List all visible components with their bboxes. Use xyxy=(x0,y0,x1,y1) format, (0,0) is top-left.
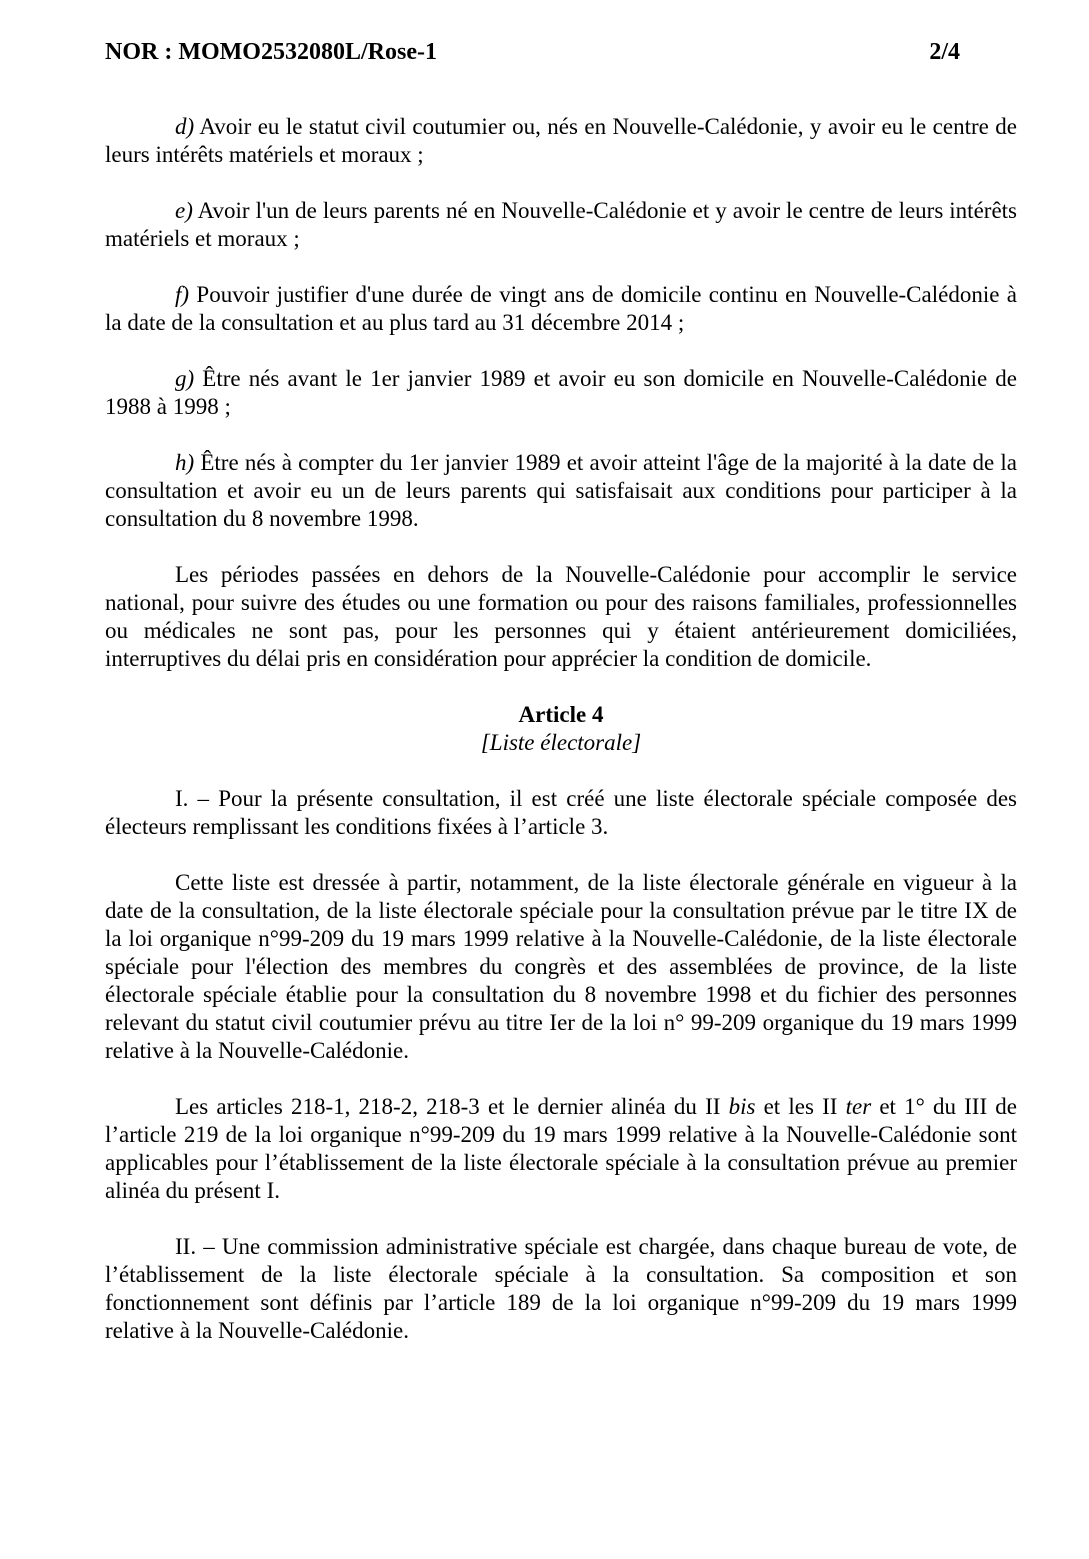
text-segment: Les articles 218-1, 218-2, 218-3 et le d… xyxy=(175,1094,729,1119)
page-number: 2/4 xyxy=(929,38,1017,66)
text-segment: [Liste électorale] xyxy=(481,730,641,755)
heading-6: Article 4 xyxy=(105,701,1017,729)
text-segment: II. – Une commission administrative spéc… xyxy=(105,1234,1017,1343)
para-8: I. – Pour la présente consultation, il e… xyxy=(105,785,1017,841)
para-10: Les articles 218-1, 218-2, 218-3 et le d… xyxy=(105,1093,1017,1205)
document-page: NOR : MOMO2532080L/Rose-1 2/4 d) Avoir e… xyxy=(0,0,1089,1559)
text-segment: Être nés à compter du 1er janvier 1989 e… xyxy=(105,450,1017,531)
document-header: NOR : MOMO2532080L/Rose-1 2/4 xyxy=(105,38,1017,66)
para-5: Les périodes passées en dehors de la Nou… xyxy=(105,561,1017,673)
para-4: h) Être nés à compter du 1er janvier 198… xyxy=(105,449,1017,533)
para-2: f) Pouvoir justifier d'une durée de ving… xyxy=(105,281,1017,337)
text-segment: Article 4 xyxy=(519,702,604,727)
text-segment: h) xyxy=(175,450,194,475)
text-segment: Avoir l'un de leurs parents né en Nouvel… xyxy=(105,198,1017,251)
text-segment: Être nés avant le 1er janvier 1989 et av… xyxy=(105,366,1017,419)
text-segment: e) xyxy=(175,198,193,223)
para-3: g) Être nés avant le 1er janvier 1989 et… xyxy=(105,365,1017,421)
text-segment: ter xyxy=(846,1094,872,1119)
text-segment: bis xyxy=(729,1094,756,1119)
subheading-7: [Liste électorale] xyxy=(105,729,1017,757)
text-segment: Pouvoir justifier d'une durée de vingt a… xyxy=(105,282,1017,335)
text-segment: et les II xyxy=(755,1094,845,1119)
nor-reference: NOR : MOMO2532080L/Rose-1 xyxy=(105,38,437,66)
document-content: NOR : MOMO2532080L/Rose-1 2/4 d) Avoir e… xyxy=(105,38,1017,1345)
text-segment: f) xyxy=(175,282,189,307)
text-segment: I. – Pour la présente consultation, il e… xyxy=(105,786,1017,839)
para-9: Cette liste est dressée à partir, notamm… xyxy=(105,869,1017,1065)
text-segment: Avoir eu le statut civil coutumier ou, n… xyxy=(105,114,1017,167)
text-segment: g) xyxy=(175,366,194,391)
document-body: d) Avoir eu le statut civil coutumier ou… xyxy=(105,113,1017,1345)
para-11: II. – Une commission administrative spéc… xyxy=(105,1233,1017,1345)
text-segment: Cette liste est dressée à partir, notamm… xyxy=(105,870,1017,1063)
text-segment: d) xyxy=(175,114,194,139)
text-segment: Les périodes passées en dehors de la Nou… xyxy=(105,562,1017,671)
para-0: d) Avoir eu le statut civil coutumier ou… xyxy=(105,113,1017,169)
para-1: e) Avoir l'un de leurs parents né en Nou… xyxy=(105,197,1017,253)
